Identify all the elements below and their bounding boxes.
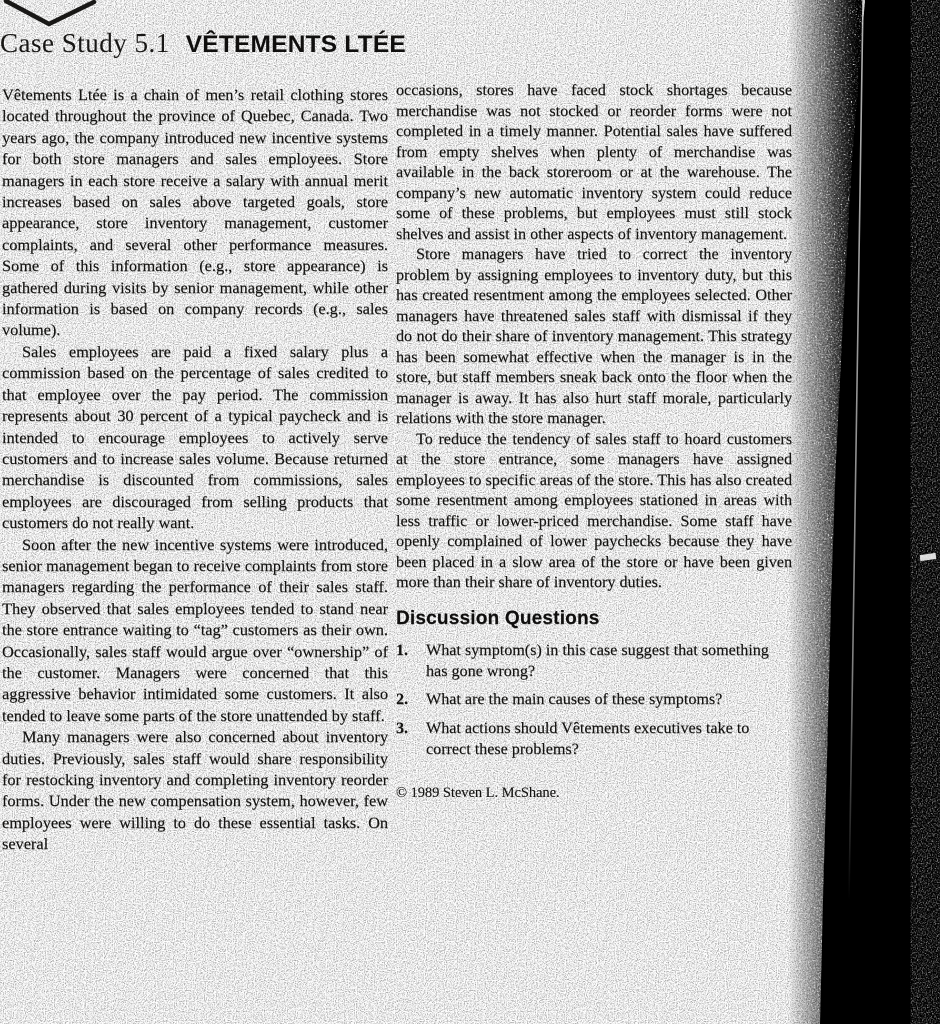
discussion-question-1: 1. What symptom(s) in this case suggest …	[396, 640, 792, 682]
case-study-title-row: Case Study 5.1VÊTEMENTS LTÉE	[0, 28, 406, 59]
discussion-question-2: 2. What are the main causes of these sym…	[396, 689, 792, 710]
discussion-question-3: 3. What actions should Vêtements executi…	[396, 718, 792, 760]
right-paragraph-3: To reduce the tendency of sales staff to…	[396, 430, 792, 594]
scan-gutter-white-nick	[920, 553, 937, 561]
question-text: What symptom(s) in this case suggest tha…	[426, 640, 792, 682]
scan-gutter-speckle-dense	[790, 0, 860, 1024]
scanned-case-study-page: Case Study 5.1VÊTEMENTS LTÉE Vêtements L…	[0, 0, 940, 1024]
left-paragraph-4: Many managers were also concerned about …	[2, 726, 388, 854]
chevron-mark-icon	[2, 0, 102, 30]
case-study-title: VÊTEMENTS LTÉE	[186, 31, 406, 58]
case-study-number-label: Case Study 5.1	[0, 28, 170, 58]
scan-gutter-white-speckle	[912, 0, 940, 1024]
right-paragraph-1: occasions, stores have faced stock short…	[396, 81, 792, 245]
left-text-column: Vêtements Ltée is a chain of men’s retai…	[2, 84, 388, 855]
copyright-line: © 1989 Steven L. McShane.	[396, 783, 792, 804]
left-paragraph-2: Sales employees are paid a fixed salary …	[2, 341, 388, 534]
scan-gutter-light-streak	[849, 0, 863, 900]
question-text: What are the main causes of these sympto…	[426, 689, 792, 710]
left-paragraph-1: Vêtements Ltée is a chain of men’s retai…	[2, 84, 388, 341]
question-text: What actions should Vêtements executives…	[426, 718, 792, 760]
scan-gutter-core	[820, 0, 940, 1024]
question-number: 3.	[396, 718, 426, 760]
right-text-column: occasions, stores have faced stock short…	[396, 81, 792, 804]
left-paragraph-3: Soon after the new incentive systems wer…	[2, 534, 388, 727]
question-number: 2.	[396, 689, 426, 710]
right-paragraph-2: Store managers have tried to correct the…	[396, 245, 792, 430]
discussion-questions-heading: Discussion Questions	[396, 609, 792, 630]
question-number: 1.	[396, 640, 426, 682]
